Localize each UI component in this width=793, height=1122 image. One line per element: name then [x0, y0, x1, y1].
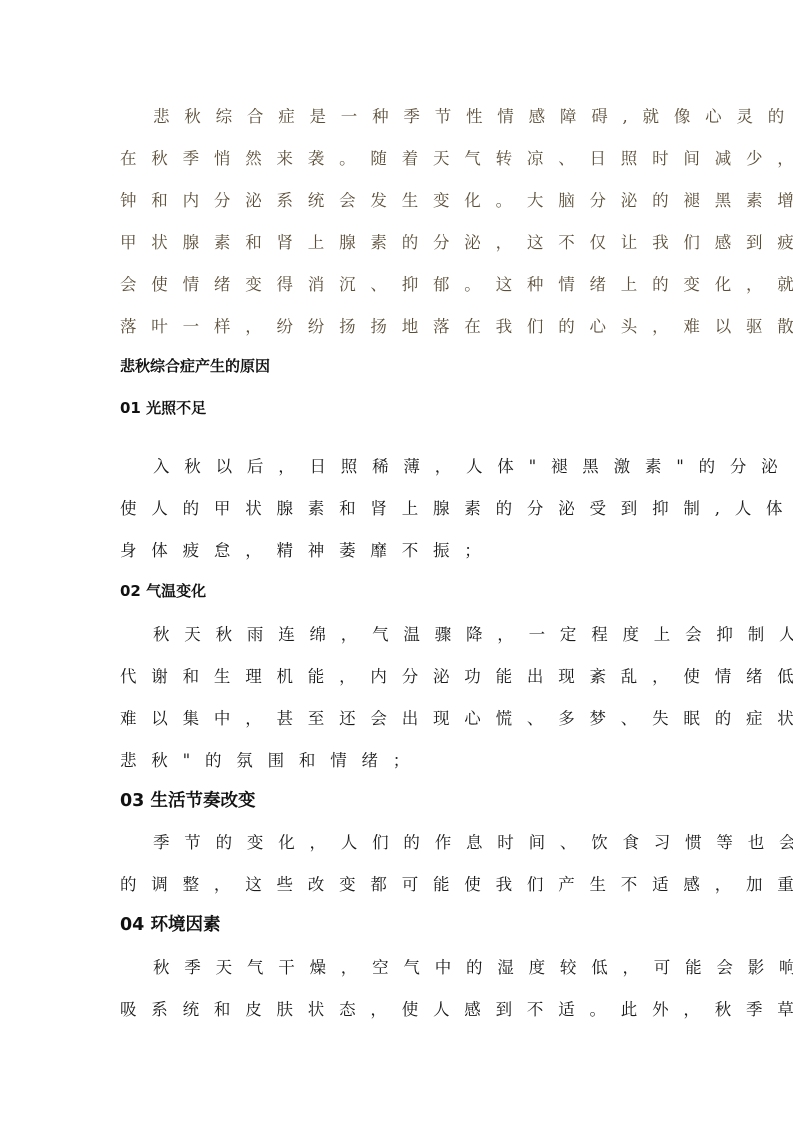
section-heading-causes: 悲秋综合症产生的原因	[120, 355, 270, 377]
light-line-2: 使人的甲状腺素和肾上腺素的分泌受到抑制,人体细胞"犯懒",	[120, 488, 676, 530]
subheading-03-rhythm: 03 生活节奏改变	[120, 789, 255, 813]
paragraph-temperature: 秋天秋雨连绵，气温骤降，一定程度上会抑制人体的新陈 代谢和生理机能，内分泌功能出…	[120, 614, 676, 782]
rhythm-line-1: 季节的变化，人们的作息时间、饮食习惯等也会发生相应	[153, 833, 793, 852]
temp-line-4: 悲秋"的氛围和情绪；	[120, 740, 676, 782]
env-line-2: 吸系统和皮肤状态，使人感到不适。此外，秋季草木凋零，景	[120, 989, 676, 1031]
temp-line-2: 代谢和生理机能，内分泌功能出现紊乱，使情绪低落，注意力	[120, 656, 676, 698]
intro-line-6: 落叶一样，纷纷扬扬地落在我们的心头，难以驱散。	[120, 306, 676, 348]
light-line-3: 身体疲怠，精神萎靡不振；	[120, 530, 676, 572]
env-line-1: 秋季天气干燥，空气中的湿度较低，可能会影响人体的呼	[153, 958, 793, 977]
intro-paragraph: 悲秋综合症是一种季节性情感障碍,就像心灵的“感冒”一样, 在秋季悄然来袭。随着天…	[120, 96, 676, 348]
paragraph-light: 入秋以后，日照稀薄，人体"褪黑激素"的分泌增多，就会 使人的甲状腺素和肾上腺素的…	[120, 446, 676, 572]
intro-line-2: 在秋季悄然来袭。随着天气转凉、日照时间减少，人体的生物	[120, 138, 676, 180]
light-line-1: 入秋以后，日照稀薄，人体"褪黑激素"的分泌增多，就会	[153, 457, 793, 476]
paragraph-environment: 秋季天气干燥，空气中的湿度较低，可能会影响人体的呼 吸系统和皮肤状态，使人感到不…	[120, 947, 676, 1031]
intro-line-3: 钟和内分泌系统会发生变化。大脑分泌的褪黑素增加，抑制了	[120, 180, 676, 222]
temp-line-3: 难以集中，甚至还会出现心慌、多梦、失眠的症状，烘托出"	[120, 698, 676, 740]
paragraph-rhythm: 季节的变化，人们的作息时间、饮食习惯等也会发生相应 的调整，这些改变都可能使我们…	[120, 822, 676, 906]
rhythm-line-2: 的调整，这些改变都可能使我们产生不适感，加重情绪问题；	[120, 864, 676, 906]
intro-line-4: 甲状腺素和肾上腺素的分泌，这不仅让我们感到疲劳嗜睡，还	[120, 222, 676, 264]
subheading-02-temperature: 02 气温变化	[120, 580, 206, 602]
subheading-01-light: 01 光照不足	[120, 397, 206, 419]
subheading-04-environment: 04 环境因素	[120, 913, 220, 937]
temp-line-1: 秋天秋雨连绵，气温骤降，一定程度上会抑制人体的新陈	[153, 625, 793, 644]
intro-line-1: 悲秋综合症是一种季节性情感障碍,就像心灵的“感冒”一样,	[153, 107, 793, 126]
intro-line-5: 会使情绪变得消沉、抑郁。这种情绪上的变化，就像是秋天的	[120, 264, 676, 306]
